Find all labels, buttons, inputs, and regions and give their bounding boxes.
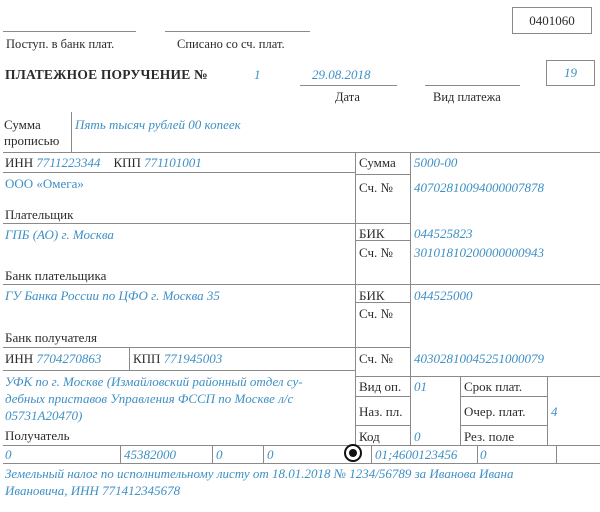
received-label: Поступ. в банк плат.: [6, 37, 114, 52]
payee-name-line-2[interactable]: дебных приставов Управления ФССП по Моск…: [5, 391, 293, 407]
payment-type-label: Вид платежа: [433, 90, 501, 105]
grid-line: [460, 396, 547, 397]
payee-kpp[interactable]: 771945003: [164, 351, 223, 366]
tax-field-doc-date[interactable]: 0: [480, 447, 487, 463]
grid-line: [410, 152, 411, 445]
amount-words-value[interactable]: Пять тысяч рублей 00 копеек: [75, 117, 241, 133]
payee-name-line-1[interactable]: УФК по г. Москве (Измайловский районный …: [5, 374, 303, 390]
payer-inn[interactable]: 7711223344: [36, 155, 100, 170]
grid-line: [355, 152, 356, 445]
grid-line: [129, 347, 130, 370]
payee-inn[interactable]: 7704270863: [36, 351, 101, 366]
payee-bank-bik-label: БИК: [359, 288, 385, 304]
payee-name-line-3[interactable]: 05731А20470): [5, 408, 82, 424]
status-code[interactable]: 19: [564, 65, 577, 81]
payee-kpp-row: КПП 771945003: [133, 351, 222, 367]
grid-line: [3, 172, 355, 173]
payer-bank-bik[interactable]: 044525823: [414, 226, 473, 242]
selection-radio-icon[interactable]: [344, 444, 362, 462]
grid-line: [3, 284, 600, 285]
debited-label: Списано со сч. плат.: [177, 37, 285, 52]
received-line: [3, 31, 136, 32]
due-label: Срок плат.: [464, 379, 522, 395]
amount-words-label-1: Сумма: [4, 117, 41, 133]
payer-bank-bik-label: БИК: [359, 226, 385, 242]
payer-bank-account-label: Сч. №: [359, 245, 393, 261]
payer-account[interactable]: 40702810094000007878: [414, 180, 544, 196]
payer-inn-row: ИНН 7711223344 КПП 771101001: [5, 155, 202, 171]
debited-line: [165, 31, 310, 32]
grid-line: [355, 376, 600, 377]
payer-inn-label: ИНН: [5, 155, 33, 170]
grid-line: [460, 425, 547, 426]
grid-line: [263, 445, 264, 463]
form-code: 0401060: [529, 13, 575, 29]
grid-line: [3, 223, 410, 224]
priority-value[interactable]: 4: [551, 404, 558, 420]
payer-kpp[interactable]: 771101001: [144, 155, 202, 170]
grid-line: [212, 445, 213, 463]
payer-bank-label: Банк плательщика: [5, 268, 106, 284]
payee-bank-bik[interactable]: 044525000: [414, 288, 473, 304]
tax-field-oktmo[interactable]: 45382000: [124, 447, 176, 463]
payee-label: Получатель: [5, 428, 70, 444]
document-date[interactable]: 29.08.2018: [312, 67, 371, 83]
document-title: ПЛАТЕЖНОЕ ПОРУЧЕНИЕ №: [5, 67, 208, 83]
form-code-box: 0401060: [512, 7, 592, 34]
payee-inn-row: ИНН 7704270863: [5, 351, 101, 367]
purpose-code-label: Наз. пл.: [359, 404, 403, 420]
grid-line: [3, 370, 355, 371]
grid-line: [355, 174, 410, 175]
op-type[interactable]: 01: [414, 379, 427, 395]
amount-words-label-2: прописью: [4, 133, 59, 149]
grid-line: [477, 445, 478, 463]
payee-kpp-label: КПП: [133, 351, 160, 366]
date-line: [300, 85, 397, 86]
grid-line: [355, 425, 410, 426]
code-value[interactable]: 0: [414, 429, 421, 445]
payment-type-line: [425, 85, 520, 86]
grid-line: [3, 152, 600, 153]
payer-label: Плательщик: [5, 207, 73, 223]
grid-line: [120, 445, 121, 463]
grid-line: [3, 347, 410, 348]
purpose-line-2[interactable]: Ивановича, ИНН 771412345678: [5, 483, 180, 499]
payee-bank-name[interactable]: ГУ Банка России по ЦФО г. Москва 35: [5, 288, 220, 304]
payee-bank-label: Банк получателя: [5, 330, 97, 346]
grid-line: [3, 463, 600, 464]
sum-value[interactable]: 5000-00: [414, 155, 457, 171]
sum-label: Сумма: [359, 155, 396, 171]
payer-bank-account[interactable]: 30101810200000000943: [414, 245, 544, 261]
grid-line: [547, 376, 548, 445]
tax-field-status[interactable]: 0: [5, 447, 12, 463]
grid-line: [3, 445, 600, 446]
payee-inn-label: ИНН: [5, 351, 33, 366]
grid-line: [556, 445, 557, 463]
payee-account[interactable]: 40302810045251000079: [414, 351, 544, 367]
date-label: Дата: [335, 90, 360, 105]
payer-account-label: Сч. №: [359, 180, 393, 196]
reserve-label: Рез. поле: [464, 429, 514, 445]
purpose-line-1[interactable]: Земельный налог по исполнительному листу…: [5, 466, 514, 482]
op-type-label: Вид оп.: [359, 379, 401, 395]
tax-field-basis[interactable]: 0: [216, 447, 223, 463]
tax-field-doc-number[interactable]: 01;4600123456: [375, 447, 457, 463]
grid-line: [355, 396, 410, 397]
payee-bank-account-label: Сч. №: [359, 306, 393, 322]
payer-kpp-label: КПП: [113, 155, 140, 170]
amount-words-divider: [71, 112, 72, 152]
payee-account-label: Сч. №: [359, 351, 393, 367]
grid-line: [371, 445, 372, 463]
status-code-box: 19: [546, 60, 595, 86]
payer-bank-name[interactable]: ГПБ (АО) г. Москва: [5, 227, 114, 243]
document-number[interactable]: 1: [254, 67, 261, 83]
tax-field-period[interactable]: 0: [267, 447, 274, 463]
grid-line: [460, 376, 461, 445]
code-label: Код: [359, 429, 380, 445]
priority-label: Очер. плат.: [464, 404, 526, 420]
payer-name[interactable]: ООО «Омега»: [5, 176, 84, 192]
